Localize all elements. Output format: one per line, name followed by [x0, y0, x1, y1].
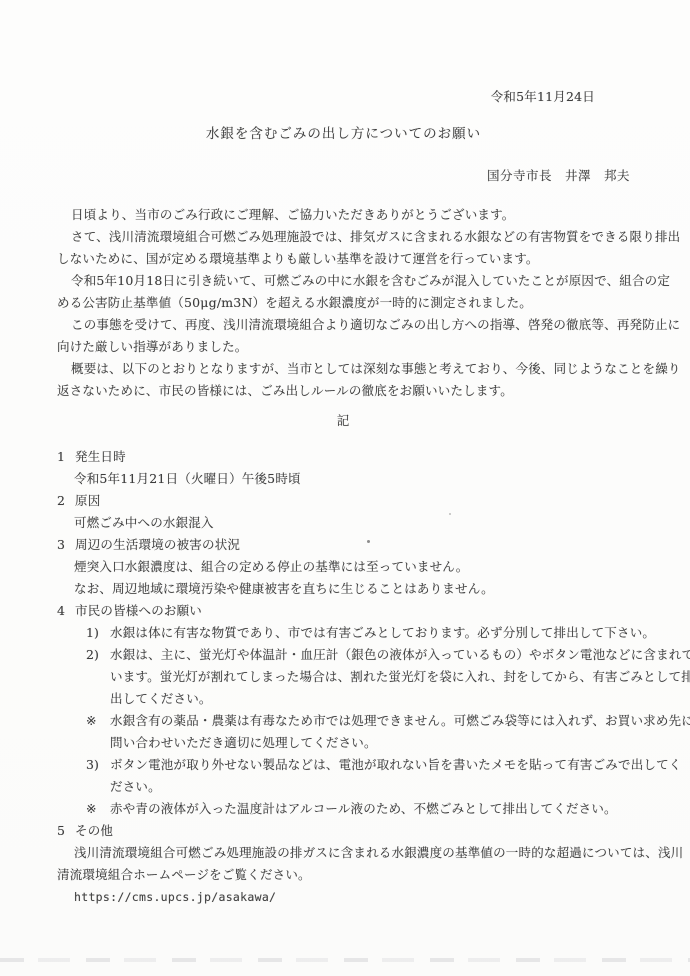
paragraph-line: この事態を受けて、再度、浅川清流環境組合より適切なごみの出し方への指導、啓発の徹… — [57, 314, 630, 336]
list-marker: 2) — [86, 644, 110, 710]
list-line: 水銀は体に有害な物質であり、市では有害ごみとしております。必ず分別して排出して下… — [110, 622, 655, 644]
section-heading: 1 発生日時 — [57, 446, 630, 468]
list-item-note: ※ 赤や青の液体が入った温度計はアルコール液のため、不燃ごみとして排出してくださ… — [57, 798, 630, 820]
document-body: 日頃より、当市のごみ行政にご理解、ご協力いただきありがとうございます。 さて、浅… — [57, 204, 630, 402]
scanned-document-page: 令和5年11月24日 水銀を含むごみの出し方についてのお願い 国分寺市長 井澤 … — [0, 0, 690, 976]
paragraph: この事態を受けて、再度、浅川清流環境組合より適切なごみの出し方への指導、啓発の徹… — [57, 314, 630, 358]
section-cause: 2 原因 可燃ごみ中への水銀混入 — [57, 490, 630, 534]
section-heading-label: 周辺の生活環境の被害の状況 — [75, 534, 240, 556]
section-line: なお、周辺地域に環境汚染や健康被害を直ちに生じることはありません。 — [57, 578, 630, 600]
section-number: 1 — [57, 446, 69, 468]
paragraph-line: 返さないために、市民の皆様には、ごみ出しルールの徹底をお願いいたします。 — [57, 380, 630, 402]
paragraph-line: 向けた厳しい指導がありました。 — [57, 336, 630, 358]
list-line: います。蛍光灯が割れてしまった場合は、割れた蛍光灯を袋に入れ、封をしてから、有害… — [110, 666, 690, 688]
paragraph-line: 令和5年10月18日に引き続いて、可燃ごみの中に水銀を含むごみが混入していたこと… — [57, 270, 630, 292]
section-line: 浅川清流環境組合可燃ごみ処理施設の排ガスに含まれる水銀濃度の基準値の一時的な超過… — [57, 842, 630, 864]
section-heading: 3 周辺の生活環境の被害の状況 — [57, 534, 630, 556]
document-title: 水銀を含むごみの出し方についてのお願い — [57, 123, 630, 145]
record-mark: 記 — [57, 410, 630, 432]
paragraph-line: しないために、国が定める環境基準よりも厳しい基準を設けて運営を行っています。 — [57, 248, 630, 270]
paragraph-line: 概要は、以下のとおりとなりますが、当市としては深刻な事態と考えており、今後、同じ… — [57, 358, 630, 380]
document-sender: 国分寺市長 井澤 邦夫 — [57, 165, 630, 187]
scan-speck — [449, 513, 451, 515]
section-heading-label: 発生日時 — [75, 446, 126, 468]
section-list: 1 発生日時 令和5年11月21日（火曜日）午後5時頃 2 原因 可燃ごみ中への… — [57, 446, 630, 908]
list-item: 1) 水銀は体に有害な物質であり、市では有害ごみとしております。必ず分別して排出… — [57, 622, 630, 644]
section-heading: 2 原因 — [57, 490, 630, 512]
list-line: 水銀は、主に、蛍光灯や体温計・血圧計（銀色の液体が入っているもの）やボタン電池な… — [110, 644, 690, 666]
section-line: 煙突入口水銀濃度は、組合の定める停止の基準には至っていません。 — [57, 556, 630, 578]
section-heading: 5 その他 — [57, 820, 630, 842]
paragraph: 令和5年10月18日に引き続いて、可燃ごみの中に水銀を含むごみが混入していたこと… — [57, 270, 630, 314]
scan-speck — [367, 540, 370, 543]
note-marker: ※ — [86, 798, 110, 820]
paragraph: 日頃より、当市のごみ行政にご理解、ご協力いただきありがとうございます。 — [57, 204, 630, 226]
paragraph-line: 日頃より、当市のごみ行政にご理解、ご協力いただきありがとうございます。 — [57, 204, 630, 226]
document-content: 令和5年11月24日 水銀を含むごみの出し方についてのお願い 国分寺市長 井澤 … — [0, 86, 690, 908]
list-item: 2) 水銀は、主に、蛍光灯や体温計・血圧計（銀色の液体が入っているもの）やボタン… — [57, 644, 630, 710]
list-line: 問い合わせいただき適切に処理してください。 — [110, 732, 690, 754]
paragraph-line: さて、浅川清流環境組合可燃ごみ処理施設では、排気ガスに含まれる水銀などの有害物質… — [57, 226, 630, 248]
section-number: 3 — [57, 534, 69, 556]
section-occurrence: 1 発生日時 令和5年11月21日（火曜日）午後5時頃 — [57, 446, 630, 490]
section-environment: 3 周辺の生活環境の被害の状況 煙突入口水銀濃度は、組合の定める停止の基準には至… — [57, 534, 630, 600]
list-line: 水銀含有の薬品・農薬は有毒なため市では処理できません。可燃ごみ袋等には入れず、お… — [110, 710, 690, 732]
section-line: 可燃ごみ中への水銀混入 — [57, 512, 630, 534]
section-heading: 4 市民の皆様へのお願い — [57, 600, 630, 622]
list-text: 赤や青の液体が入った温度計はアルコール液のため、不燃ごみとして排出してください。 — [110, 798, 630, 820]
list-line: ださい。 — [110, 776, 682, 798]
list-text: 水銀は、主に、蛍光灯や体温計・血圧計（銀色の液体が入っているもの）やボタン電池な… — [110, 644, 690, 710]
paragraph: 概要は、以下のとおりとなりますが、当市としては深刻な事態と考えており、今後、同じ… — [57, 358, 630, 402]
list-line: 赤や青の液体が入った温度計はアルコール液のため、不燃ごみとして排出してください。 — [110, 798, 630, 820]
homepage-url: https://cms.upcs.jp/asakawa/ — [57, 886, 630, 908]
document-date: 令和5年11月24日 — [57, 86, 630, 108]
list-line: 出してください。 — [110, 688, 690, 710]
section-number: 5 — [57, 820, 69, 842]
list-text: 水銀含有の薬品・農薬は有毒なため市では処理できません。可燃ごみ袋等には入れず、お… — [110, 710, 690, 754]
list-item: 3) ボタン電池が取り外せない製品などは、電池が取れない旨を書いたメモを貼って有… — [57, 754, 630, 798]
section-other: 5 その他 浅川清流環境組合可燃ごみ処理施設の排ガスに含まれる水銀濃度の基準値の… — [57, 820, 630, 908]
section-heading-label: その他 — [75, 820, 113, 842]
paragraph: さて、浅川清流環境組合可燃ごみ処理施設では、排気ガスに含まれる水銀などの有害物質… — [57, 226, 630, 270]
section-number: 2 — [57, 490, 69, 512]
note-marker: ※ — [86, 710, 110, 754]
list-text: 水銀は体に有害な物質であり、市では有害ごみとしております。必ず分別して排出して下… — [110, 622, 655, 644]
section-line: 清流環境組合ホームページをご覧ください。 — [57, 864, 630, 886]
scan-edge-line — [0, 958, 690, 962]
section-heading-label: 市民の皆様へのお願い — [75, 600, 202, 622]
list-line: ボタン電池が取り外せない製品などは、電池が取れない旨を書いたメモを貼って有害ごみ… — [110, 754, 682, 776]
section-heading-label: 原因 — [75, 490, 100, 512]
section-line: 令和5年11月21日（火曜日）午後5時頃 — [57, 468, 630, 490]
list-marker: 1) — [86, 622, 110, 644]
section-number: 4 — [57, 600, 69, 622]
list-item-note: ※ 水銀含有の薬品・農薬は有毒なため市では処理できません。可燃ごみ袋等には入れず… — [57, 710, 630, 754]
list-text: ボタン電池が取り外せない製品などは、電池が取れない旨を書いたメモを貼って有害ごみ… — [110, 754, 682, 798]
paragraph-line: める公害防止基準値（50μg/m3N）を超える水銀濃度が一時的に測定されました。 — [57, 292, 630, 314]
list-marker: 3) — [86, 754, 110, 798]
section-request: 4 市民の皆様へのお願い 1) 水銀は体に有害な物質であり、市では有害ごみとして… — [57, 600, 630, 820]
